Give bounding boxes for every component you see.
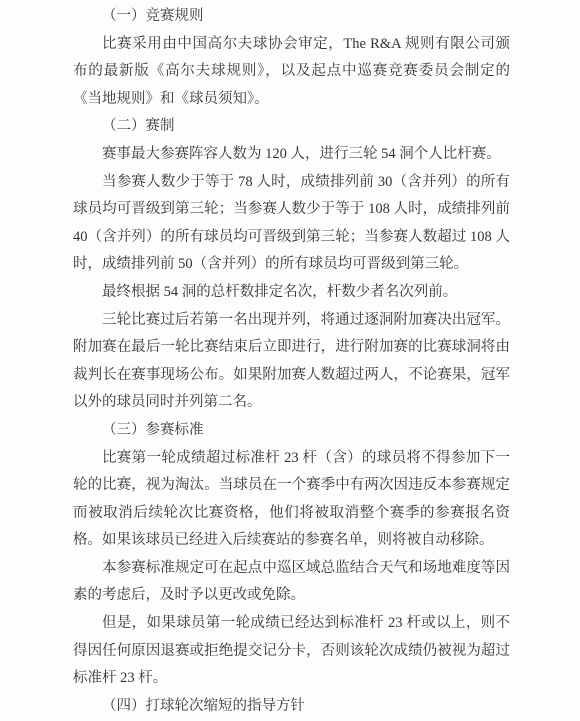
paragraph: 当参赛人数少于等于 78 人时，成绩排列前 30（含并列）的所有球员均可晋级到第… (73, 169, 510, 279)
paragraph: 比赛第一轮成绩超过标准杆 23 杆（含）的球员将不得参加下一轮的比赛，视为淘汰。… (73, 445, 510, 555)
section-heading: （三）参赛标准 (73, 417, 510, 445)
paragraph: 本参赛标准规定可在起点中巡区域总监结合天气和场地难度等因素的考虑后，及时予以更改… (73, 555, 510, 610)
document-page: （一）竞赛规则比赛采用由中国高尔夫球协会审定，The R&A 规则有限公司颁布的… (0, 0, 580, 721)
paragraph: 比赛采用由中国高尔夫球协会审定，The R&A 规则有限公司颁布的最新版《高尔夫… (73, 31, 510, 114)
section-heading: （一）竞赛规则 (73, 3, 510, 31)
paragraph: 三轮比赛过后若第一名出现并列，将通过逐洞附加赛决出冠军。附加赛在最后一轮比赛结束… (73, 307, 510, 417)
document-body: （一）竞赛规则比赛采用由中国高尔夫球协会审定，The R&A 规则有限公司颁布的… (73, 3, 510, 720)
paragraph: 赛事最大参赛阵容人数为 120 人，进行三轮 54 洞个人比杆赛。 (73, 141, 510, 169)
section-heading: （二）赛制 (73, 113, 510, 141)
paragraph: 最终根据 54 洞的总杆数排定名次，杆数少者名次列前。 (73, 279, 510, 307)
paragraph: 但是，如果球员第一轮成绩已经达到标准杆 23 杆或以上，则不得因任何原因退赛或拒… (73, 610, 510, 693)
section-heading: （四）打球轮次缩短的指导方针 (73, 693, 510, 721)
